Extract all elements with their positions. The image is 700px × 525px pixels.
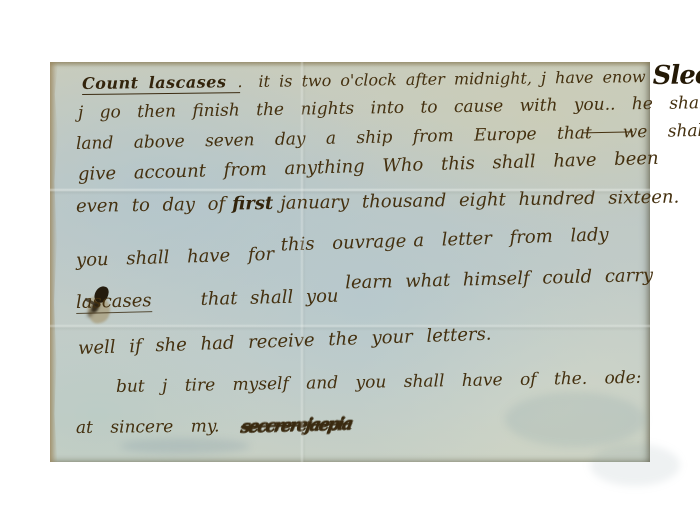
handwriting-segment: lascases [76,290,152,314]
handwriting-segment: it is two o'clock after midnight, j have… [258,67,645,91]
letter-line-6: you shall have forthis ouvragea letter f… [76,233,617,271]
handwriting-segment: land above seven day a ship from Europe … [76,123,592,154]
handwriting-segment: at sincere my. [76,416,220,438]
handwriting-segment: j go then finish the nights into to caus… [78,93,700,123]
letter-line-8: well if she had receive the your letters… [78,323,499,359]
handwriting-segment: a letter from lady [413,224,609,251]
handwriting-segment: Sleep [652,60,700,91]
handwriting-segment: give account from anything Who this shal… [78,148,659,185]
bleed-through-smudge [120,438,250,454]
handwriting-segment: well if she had receive the your letters… [78,324,492,359]
handwriting-segment: this ouvrage [280,231,406,256]
page-background: Count lascases.it is two o'clock after m… [0,0,700,525]
bleed-through-smudge [590,444,680,486]
handwriting-segment: . [237,72,242,91]
handwriting-segment: you shall have for [76,244,275,271]
handwriting-segment: we shall [623,121,700,143]
letter-photograph: Count lascases.it is two o'clock after m… [50,62,650,462]
letter-line-5: even to day offirstjanuary thousand eigh… [76,186,687,217]
handwriting-segment: january thousand eight hundred sixteen. [280,187,679,214]
bleed-through-smudge [505,392,645,447]
letter-line-7: lascasesthat shall youlearn what himself… [76,278,661,313]
letter-line-2: j go then finish the nights into to caus… [78,93,700,123]
handwriting-segment: first [232,193,273,215]
handwriting-segment: even to day of [76,194,226,217]
scratched-out-word: seccrerejaepia [238,414,352,437]
letter-heading: Count lascases [82,72,241,95]
letter-line-4: give account from anything Who this shal… [78,148,666,185]
handwriting-segment: that shall you [200,286,338,310]
torn-paper-edge [50,62,58,462]
handwriting-segment: learn what himself could carry [345,265,653,294]
letter-line-10: at sincere my.seccrerejaepia [76,415,358,438]
